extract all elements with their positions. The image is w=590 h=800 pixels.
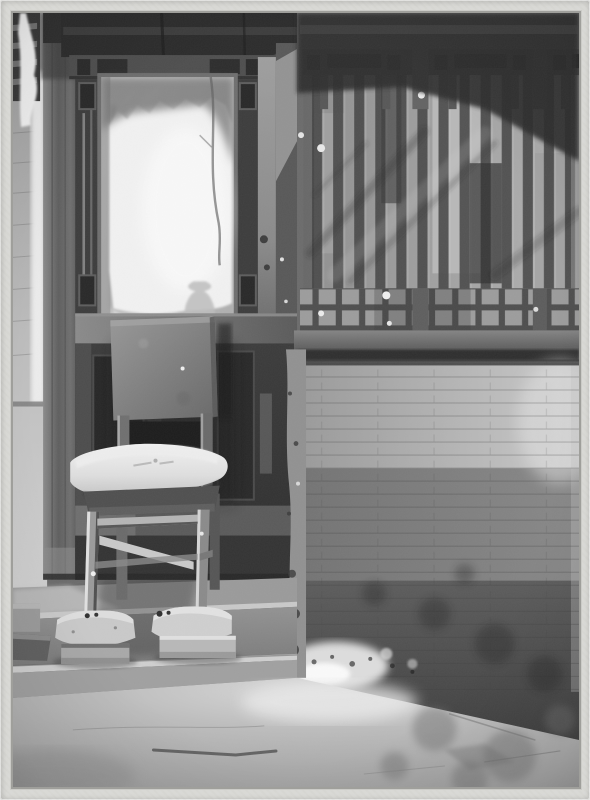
photo-canvas — [13, 13, 579, 787]
photo-frame — [0, 0, 590, 800]
vignette — [13, 13, 579, 787]
photograph — [11, 11, 581, 789]
